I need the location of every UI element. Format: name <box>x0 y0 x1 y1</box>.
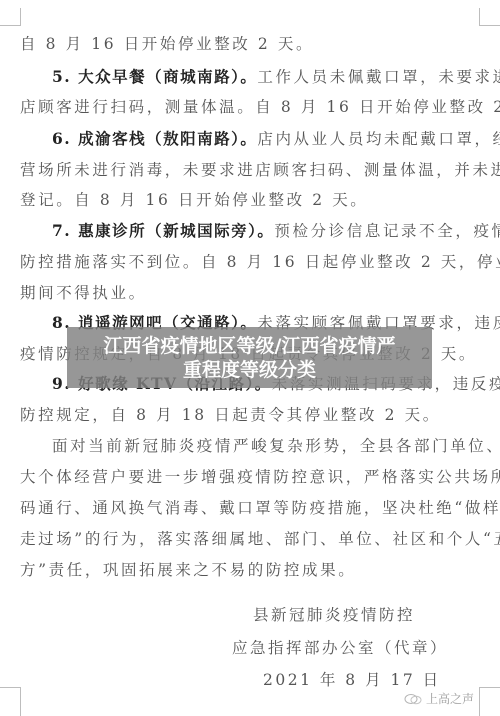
line-text: 店顾客进行扫码，测量体温。自 8 月 16 日开始停业整改 2 天。 <box>20 98 500 116</box>
item-heading: 7. 惠康诊所（新城国际旁）。 <box>52 221 274 240</box>
line-text: 自 8 月 16 日开始停业整改 2 天。 <box>20 35 314 53</box>
signature-org-line2: 应急指挥部办公室（代章） <box>232 636 448 658</box>
paragraph-line: 防控措施落实不到位。自 8 月 16 日起停业整改 2 天，停业整改 <box>20 250 500 272</box>
item-7-line: 7. 惠康诊所（新城国际旁）。预检分诊信息记录不全，疫情 <box>52 219 500 241</box>
source-watermark: 上高之声 <box>404 690 474 707</box>
wechat-icon <box>404 693 422 705</box>
signature-date: 2021 年 8 月 17 日 <box>263 668 441 690</box>
paragraph-line: 店顾客进行扫码，测量体温。自 8 月 16 日开始停业整改 2 天。 <box>20 95 500 117</box>
paragraph-line: 走过场”的行为，落实落细属地、部门、单位、社区和个人“五 <box>20 527 500 549</box>
paragraph-line: 方”责任，巩固拓展来之不易的防控成果。 <box>20 558 356 580</box>
line-text: 预检分诊信息记录不全，疫情 <box>274 222 500 240</box>
paragraph-line: 防控规定，自 8 月 18 日起责令其停业整改 2 天。 <box>20 403 441 425</box>
paragraph-line: 营场所未进行消毒，未要求进店顾客扫码、测量体温，并未进行 <box>20 158 500 180</box>
paragraph-line: 面对当前新冠肺炎疫情严峻复杂形势，全县各部门单位、广 <box>52 434 500 456</box>
signature-org-line1: 县新冠肺炎疫情防控 <box>253 603 415 625</box>
page-corner-mark <box>479 687 500 716</box>
line-text: 走过场”的行为，落实落细属地、部门、单位、社区和个人“五 <box>20 530 500 548</box>
paragraph-line: 大个体经营户要进一步增强疫情防控意识，严格落实公共场所绿 <box>20 465 500 487</box>
line-text: 登记。自 8 月 16 日开始停业整改 2 天。 <box>20 191 368 209</box>
line-text: 店内从业人员均未配戴口罩，经 <box>257 130 500 148</box>
line-text: 防控措施落实不到位。自 8 月 16 日起停业整改 2 天，停业整改 <box>20 253 500 271</box>
item-6-line: 6. 成渝客栈（敖阳南路）。店内从业人员均未配戴口罩，经 <box>52 127 500 149</box>
paragraph-line: 自 8 月 16 日开始停业整改 2 天。 <box>20 32 314 54</box>
page-corner-mark <box>0 687 21 716</box>
line-text: 面对当前新冠肺炎疫情严峻复杂形势，全县各部门单位、广 <box>52 437 500 455</box>
watermark-text: 上高之声 <box>426 690 474 707</box>
banner-title-line1: 江西省疫情地区等级/江西省疫情严 <box>67 334 432 358</box>
line-text: 大个体经营户要进一步增强疫情防控意识，严格落实公共场所绿 <box>20 468 500 486</box>
line-text: 防控规定，自 8 月 18 日起责令其停业整改 2 天。 <box>20 406 441 424</box>
line-text: 码通行、通风换气消毒、戴口罩等防疫措施，坚决杜绝“做样子、 <box>20 499 500 517</box>
banner-title-line2: 重程度等级分类 <box>67 358 432 382</box>
paragraph-line: 码通行、通风换气消毒、戴口罩等防疫措施，坚决杜绝“做样子、 <box>20 496 500 518</box>
title-overlay-banner: 江西省疫情地区等级/江西省疫情严 重程度等级分类 <box>67 327 432 388</box>
item-5-line: 5. 大众早餐（商城南路）。工作人员未佩戴口罩，未要求进 <box>52 65 500 87</box>
line-text: 工作人员未佩戴口罩，未要求进 <box>257 68 500 86</box>
paragraph-line: 登记。自 8 月 16 日开始停业整改 2 天。 <box>20 188 368 210</box>
item-heading: 6. 成渝客栈（敖阳南路）。 <box>52 129 257 148</box>
line-text: 方”责任，巩固拓展来之不易的防控成果。 <box>20 561 356 579</box>
item-heading: 5. 大众早餐（商城南路）。 <box>52 67 257 86</box>
line-text: 期间不得执业。 <box>20 284 147 302</box>
paragraph-line: 期间不得执业。 <box>20 281 147 303</box>
page-corner-mark <box>0 8 21 26</box>
line-text: 营场所未进行消毒，未要求进店顾客扫码、测量体温，并未进行 <box>20 161 500 179</box>
page-corner-mark <box>479 8 500 26</box>
